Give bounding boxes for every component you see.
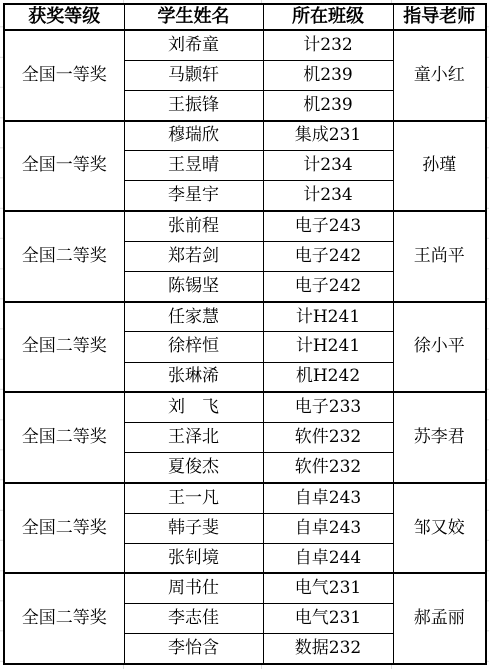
award-level-cell: 全国二等奖 xyxy=(4,573,124,664)
teacher-cell: 徐小平 xyxy=(393,302,486,393)
student-name-cell: 韩子斐 xyxy=(124,513,263,543)
class-cell: 集成231 xyxy=(263,121,393,151)
student-name-cell: 王振锋 xyxy=(124,90,263,120)
class-cell: 电子233 xyxy=(263,392,393,422)
class-cell: 计234 xyxy=(263,151,393,181)
student-name-cell: 张钊境 xyxy=(124,543,263,573)
award-level-cell: 全国二等奖 xyxy=(4,392,124,483)
award-level-cell: 全国一等奖 xyxy=(4,30,124,121)
student-name-cell: 郑若剑 xyxy=(124,241,263,271)
header-teacher: 指导老师 xyxy=(393,4,486,30)
class-cell: 机H242 xyxy=(263,362,393,392)
student-name-cell: 刘希童 xyxy=(124,30,263,60)
class-cell: 电气231 xyxy=(263,604,393,634)
class-cell: 自卓244 xyxy=(263,543,393,573)
student-name-cell: 李怡含 xyxy=(124,634,263,664)
table-row: 全国二等奖张前程电子243王尚平 xyxy=(4,211,486,241)
class-cell: 电子242 xyxy=(263,241,393,271)
class-cell: 软件232 xyxy=(263,422,393,452)
teacher-cell: 郝孟丽 xyxy=(393,573,486,664)
header-student-name: 学生姓名 xyxy=(124,4,263,30)
student-name-cell: 王一凡 xyxy=(124,483,263,513)
class-cell: 计234 xyxy=(263,181,393,211)
teacher-cell: 王尚平 xyxy=(393,211,486,302)
class-cell: 自卓243 xyxy=(263,483,393,513)
table-row: 全国二等奖刘 飞电子233苏李君 xyxy=(4,392,486,422)
class-cell: 软件232 xyxy=(263,453,393,483)
student-name-cell: 周书仕 xyxy=(124,573,263,603)
table-row: 全国一等奖穆瑞欣集成231孙瑾 xyxy=(4,121,486,151)
class-cell: 数据232 xyxy=(263,634,393,664)
header-class: 所在班级 xyxy=(263,4,393,30)
class-cell: 计H241 xyxy=(263,302,393,332)
student-name-cell: 王泽北 xyxy=(124,422,263,452)
class-cell: 电气231 xyxy=(263,573,393,603)
teacher-cell: 童小红 xyxy=(393,30,486,121)
student-name-cell: 任家慧 xyxy=(124,302,263,332)
table-row: 全国二等奖周书仕电气231郝孟丽 xyxy=(4,573,486,603)
class-cell: 自卓243 xyxy=(263,513,393,543)
class-cell: 计232 xyxy=(263,30,393,60)
header-award-level: 获奖等级 xyxy=(4,4,124,30)
table-row: 全国二等奖王一凡自卓243邹又姣 xyxy=(4,483,486,513)
teacher-cell: 苏李君 xyxy=(393,392,486,483)
student-name-cell: 张琳浠 xyxy=(124,362,263,392)
awards-table: 获奖等级 学生姓名 所在班级 指导老师 全国一等奖刘希童计232童小红马颢轩机2… xyxy=(3,3,487,665)
student-name-cell: 徐梓恒 xyxy=(124,332,263,362)
student-name-cell: 穆瑞欣 xyxy=(124,121,263,151)
table-row: 全国一等奖刘希童计232童小红 xyxy=(4,30,486,60)
student-name-cell: 夏俊杰 xyxy=(124,453,263,483)
student-name-cell: 刘 飞 xyxy=(124,392,263,422)
teacher-cell: 孙瑾 xyxy=(393,121,486,212)
class-cell: 机239 xyxy=(263,60,393,90)
award-level-cell: 全国二等奖 xyxy=(4,211,124,302)
student-name-cell: 陈锡坚 xyxy=(124,272,263,302)
student-name-cell: 李星宇 xyxy=(124,181,263,211)
award-level-cell: 全国一等奖 xyxy=(4,121,124,212)
document-page: 获奖等级 学生姓名 所在班级 指导老师 全国一等奖刘希童计232童小红马颢轩机2… xyxy=(0,0,489,669)
student-name-cell: 张前程 xyxy=(124,211,263,241)
student-name-cell: 李志佳 xyxy=(124,604,263,634)
student-name-cell: 马颢轩 xyxy=(124,60,263,90)
award-level-cell: 全国二等奖 xyxy=(4,302,124,393)
award-level-cell: 全国二等奖 xyxy=(4,483,124,574)
class-cell: 电子242 xyxy=(263,272,393,302)
class-cell: 电子243 xyxy=(263,211,393,241)
class-cell: 机239 xyxy=(263,90,393,120)
table-header-row: 获奖等级 学生姓名 所在班级 指导老师 xyxy=(4,4,486,30)
table-row: 全国二等奖任家慧计H241徐小平 xyxy=(4,302,486,332)
class-cell: 计H241 xyxy=(263,332,393,362)
student-name-cell: 王昱晴 xyxy=(124,151,263,181)
teacher-cell: 邹又姣 xyxy=(393,483,486,574)
